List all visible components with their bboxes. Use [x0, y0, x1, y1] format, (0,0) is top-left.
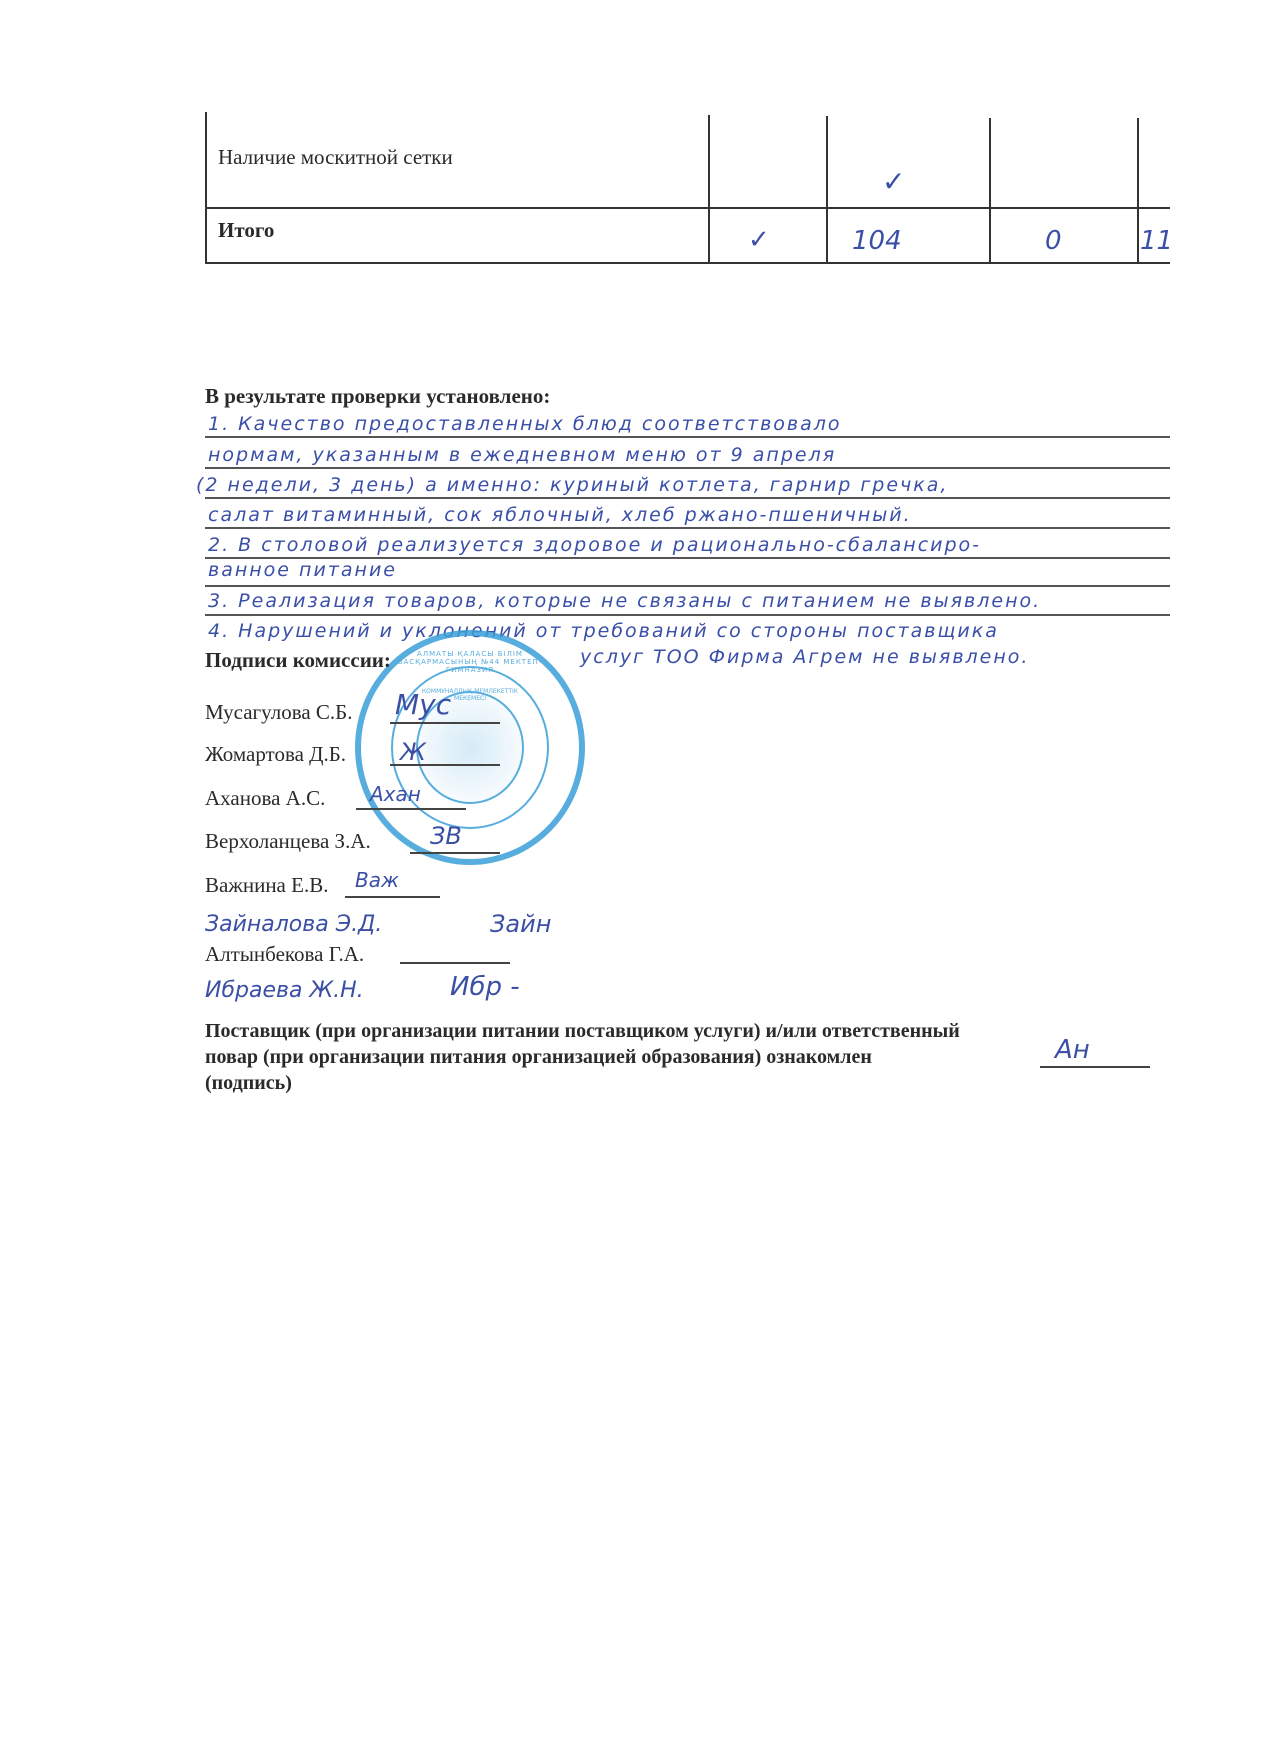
row-label: Итого	[218, 218, 274, 243]
signature: Муc	[395, 688, 451, 721]
member-name: Важнина Е.В.	[205, 873, 328, 898]
ruled-line	[205, 614, 1170, 616]
signature-line	[345, 896, 440, 898]
signature: Ан	[1055, 1035, 1090, 1065]
handwritten-line: 4. Нарушений и уклонений от требований с…	[208, 620, 999, 642]
table-col-divider-4	[1137, 118, 1139, 262]
cell-value: ✓	[748, 225, 770, 255]
handwritten-line: 2. В столовой реализуется здоровое и рац…	[208, 534, 981, 556]
signature: Зайн	[490, 910, 551, 938]
handwritten-member: Ибраева Ж.Н.	[205, 978, 364, 1003]
signature: Ж	[400, 738, 426, 766]
table-col-divider-2	[826, 116, 828, 262]
ruled-line	[205, 436, 1170, 438]
signature-line	[400, 962, 510, 964]
signature-line	[390, 722, 500, 724]
handwritten-line: нормам, указанным в ежедневном меню от 9…	[208, 444, 836, 466]
ruled-line	[205, 527, 1170, 529]
signature-line	[410, 852, 500, 854]
supplier-text-line: (подпись)	[205, 1070, 292, 1096]
commission-heading: Подписи комиссии:	[205, 648, 391, 673]
member-name: Алтынбекова Г.А.	[205, 942, 364, 967]
handwritten-line: услуг ТОО Фирма Агрем не выявлено.	[580, 646, 1029, 668]
signature: Важ	[355, 868, 399, 892]
signature: Ахан	[370, 782, 421, 806]
table-border-bottom	[205, 262, 1170, 264]
signature-line	[356, 808, 466, 810]
supplier-text-line: Поставщик (при организации питании поста…	[205, 1018, 960, 1044]
cell-value: ✓	[882, 165, 905, 198]
row-label: Наличие москитной сетки	[218, 145, 453, 170]
member-name: Верхоланцева З.А.	[205, 829, 371, 854]
handwritten-line: ванное питание	[208, 559, 397, 581]
supplier-text-line: повар (при организации питания организац…	[205, 1044, 872, 1070]
member-name: Жомартова Д.Б.	[205, 742, 346, 767]
table-row-divider	[205, 207, 1170, 209]
cell-value: 104	[852, 226, 902, 256]
table-border-left	[205, 112, 207, 262]
handwritten-member: Зайналова Э.Д.	[205, 912, 382, 937]
signature: Ибр -	[450, 972, 520, 1002]
table-col-divider-3	[989, 118, 991, 262]
signature: ЗВ	[430, 822, 462, 850]
member-name: Мусагулова С.Б.	[205, 700, 353, 725]
cell-value: 0	[1045, 226, 1062, 256]
table-col-divider-1	[708, 115, 710, 262]
handwritten-line: салат витаминный, сок яблочный, хлеб ржа…	[208, 504, 912, 526]
cell-value: 11	[1140, 226, 1173, 256]
member-name: Аханова А.С.	[205, 786, 325, 811]
handwritten-line: (2 недели, 3 день) а именно: куриный кот…	[196, 474, 948, 496]
ruled-line	[205, 585, 1170, 587]
results-heading: В результате проверки установлено:	[205, 384, 550, 409]
handwritten-line: 3. Реализация товаров, которые не связан…	[208, 590, 1041, 612]
signature-line	[1040, 1066, 1150, 1068]
handwritten-line: 1. Качество предоставленных блюд соответ…	[208, 413, 842, 435]
ruled-line	[205, 467, 1170, 469]
ruled-line	[205, 497, 1170, 499]
